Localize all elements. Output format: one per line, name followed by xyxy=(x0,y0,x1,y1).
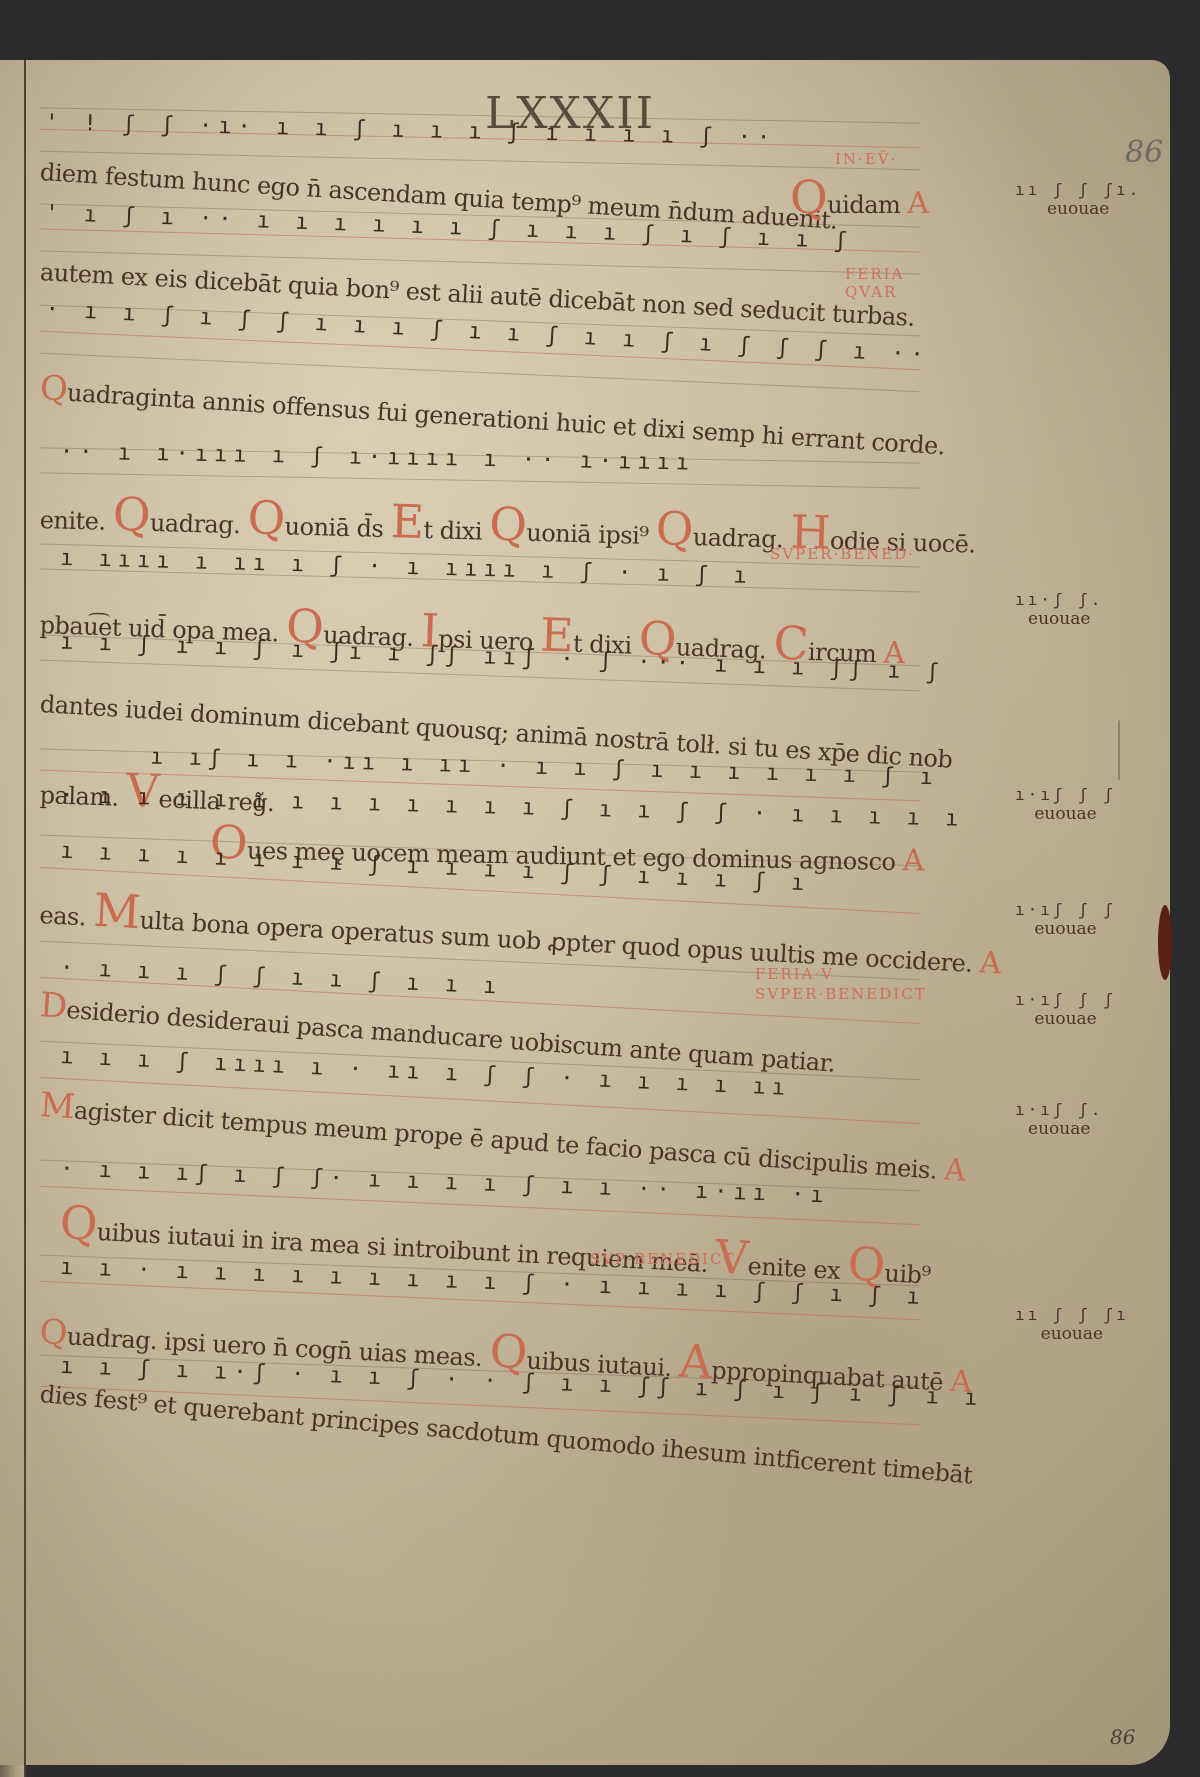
chant-text: enite. xyxy=(39,506,106,536)
chant-text: uidam xyxy=(827,191,900,219)
rubric: QVAR xyxy=(845,283,897,301)
neume-row: ı·ıʃ ʃ. xyxy=(1015,1100,1103,1119)
euouae-text: euouae xyxy=(1015,804,1116,824)
euouae-text: euouae xyxy=(1015,1119,1103,1139)
initial-letter: Q xyxy=(112,487,151,542)
neume-row: ı·ıʃ ʃ ʃ xyxy=(1015,990,1116,1009)
initial-letter: Q xyxy=(39,1312,68,1353)
psalm-tone-ending: ı·ıʃ ʃ ʃ euouae xyxy=(1015,900,1116,939)
neume-row: ıı ʃ ʃ ʃı. xyxy=(1015,180,1141,199)
binding-edge xyxy=(24,60,26,1777)
rubric: SVP·BENEDICT xyxy=(590,1250,735,1268)
folio-number-bottom: 86 xyxy=(1110,1725,1135,1749)
euouae-text: euouae xyxy=(1015,609,1103,629)
rubric: FERIA xyxy=(845,265,904,283)
red-stain xyxy=(1158,905,1172,980)
antiphon-marker: A xyxy=(907,186,928,221)
antiphon-marker: A xyxy=(979,945,1002,981)
neume-row: ı·ıʃ ʃ ʃ xyxy=(1015,900,1116,919)
antiphon-marker: A xyxy=(943,1152,967,1188)
euouae-text: euouae xyxy=(1015,1009,1116,1029)
initial-letter: Q xyxy=(59,1195,99,1251)
initial-letter: M xyxy=(39,1085,76,1127)
euouae-text: euouae xyxy=(1015,1324,1129,1344)
text-line-incipit: Quidam A xyxy=(790,170,929,224)
neume-row: ıı·ʃ ʃ. xyxy=(1015,590,1103,609)
neume-row: ı·ıʃ ʃ ʃ xyxy=(1015,785,1116,804)
psalm-tone-ending: ı·ıʃ ʃ ʃ euouae xyxy=(1015,785,1116,824)
chant-text: eas. xyxy=(39,901,87,931)
psalm-tone-ending: ıı ʃ ʃ ʃı. euouae xyxy=(1015,180,1141,219)
initial-letter: Q xyxy=(247,490,286,545)
initial-letter: E xyxy=(390,494,424,549)
chant-text: uoniā d̄s xyxy=(284,512,383,543)
initial-letter: Q xyxy=(39,368,69,410)
rubric: IN·EV̄· xyxy=(835,150,897,168)
initial-letter: M xyxy=(92,883,141,939)
rubric: SVPER·BENEDICT xyxy=(755,985,927,1003)
psalm-tone-ending: ı·ıʃ ʃ. euouae xyxy=(1015,1100,1103,1139)
initial-letter: D xyxy=(39,985,68,1027)
initial-letter: Q xyxy=(655,501,694,556)
folio-number-top: 86 xyxy=(1125,135,1163,170)
psalm-tone-ending: ı·ıʃ ʃ ʃ euouae xyxy=(1015,990,1116,1029)
chant-text: uoniā ipsi⁹ xyxy=(526,519,649,550)
psalm-tone-ending: ıı·ʃ ʃ. euouae xyxy=(1015,590,1103,629)
rubric: FERIA·V xyxy=(755,965,834,983)
initial-letter: Q xyxy=(790,170,827,224)
neume-row: ıı ʃ ʃ ʃı xyxy=(1015,1305,1129,1324)
rubric: SVPER·BENED· xyxy=(770,545,915,563)
chant-text: t dixi xyxy=(423,516,482,546)
chant-text: uadrag. xyxy=(150,509,241,539)
psalm-tone-ending: ıı ʃ ʃ ʃı euouae xyxy=(1015,1305,1129,1344)
initial-letter: Q xyxy=(489,497,528,552)
euouae-text: euouae xyxy=(1015,199,1141,219)
antiphon-marker: A xyxy=(902,843,924,878)
euouae-text: euouae xyxy=(1015,919,1116,939)
